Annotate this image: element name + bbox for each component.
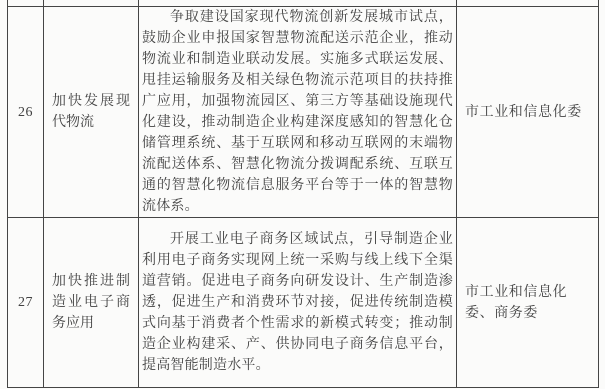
measures-text: 开展工业电子商务区域试点，引导制造企业利用电子商务实现网上统一采购与线上线下全渠… — [139, 229, 456, 376]
task-name: 加快发展现代物流 — [44, 91, 138, 133]
row-number: 27 — [18, 295, 33, 310]
department-cell: 市工业和信息化委、商务委 — [457, 218, 599, 388]
department-text: 市工业和信息化委 — [457, 102, 598, 123]
department-cell: 市工业和信息化委 — [457, 7, 599, 218]
measures-text: 争取建设国家现代物流创新发展城市试点，鼓励企业申报国家智慧物流配送示范企业，推动… — [139, 7, 456, 217]
task-name: 加快推进制造业电子商务应用 — [44, 271, 138, 334]
tasks-table: 26 加快发展现代物流 争取建设国家现代物流创新发展城市试点，鼓励企业申报国家智… — [7, 0, 599, 388]
task-name-cell: 加快发展现代物流 — [44, 7, 139, 218]
row-number-cell: 27 — [8, 218, 44, 388]
measures-cell: 开展工业电子商务区域试点，引导制造企业利用电子商务实现网上统一采购与线上线下全渠… — [139, 218, 457, 388]
table-row-27: 27 加快推进制造业电子商务应用 开展工业电子商务区域试点，引导制造企业利用电子… — [8, 218, 599, 388]
department-text: 市工业和信息化委、商务委 — [457, 282, 598, 324]
row-number-cell: 26 — [8, 7, 44, 218]
table-row-26: 26 加快发展现代物流 争取建设国家现代物流创新发展城市试点，鼓励企业申报国家智… — [8, 7, 599, 218]
row-number: 26 — [18, 105, 33, 120]
document-page: 26 加快发展现代物流 争取建设国家现代物流创新发展城市试点，鼓励企业申报国家智… — [0, 0, 605, 389]
task-name-cell: 加快推进制造业电子商务应用 — [44, 218, 139, 388]
measures-cell: 争取建设国家现代物流创新发展城市试点，鼓励企业申报国家智慧物流配送示范企业，推动… — [139, 7, 457, 218]
